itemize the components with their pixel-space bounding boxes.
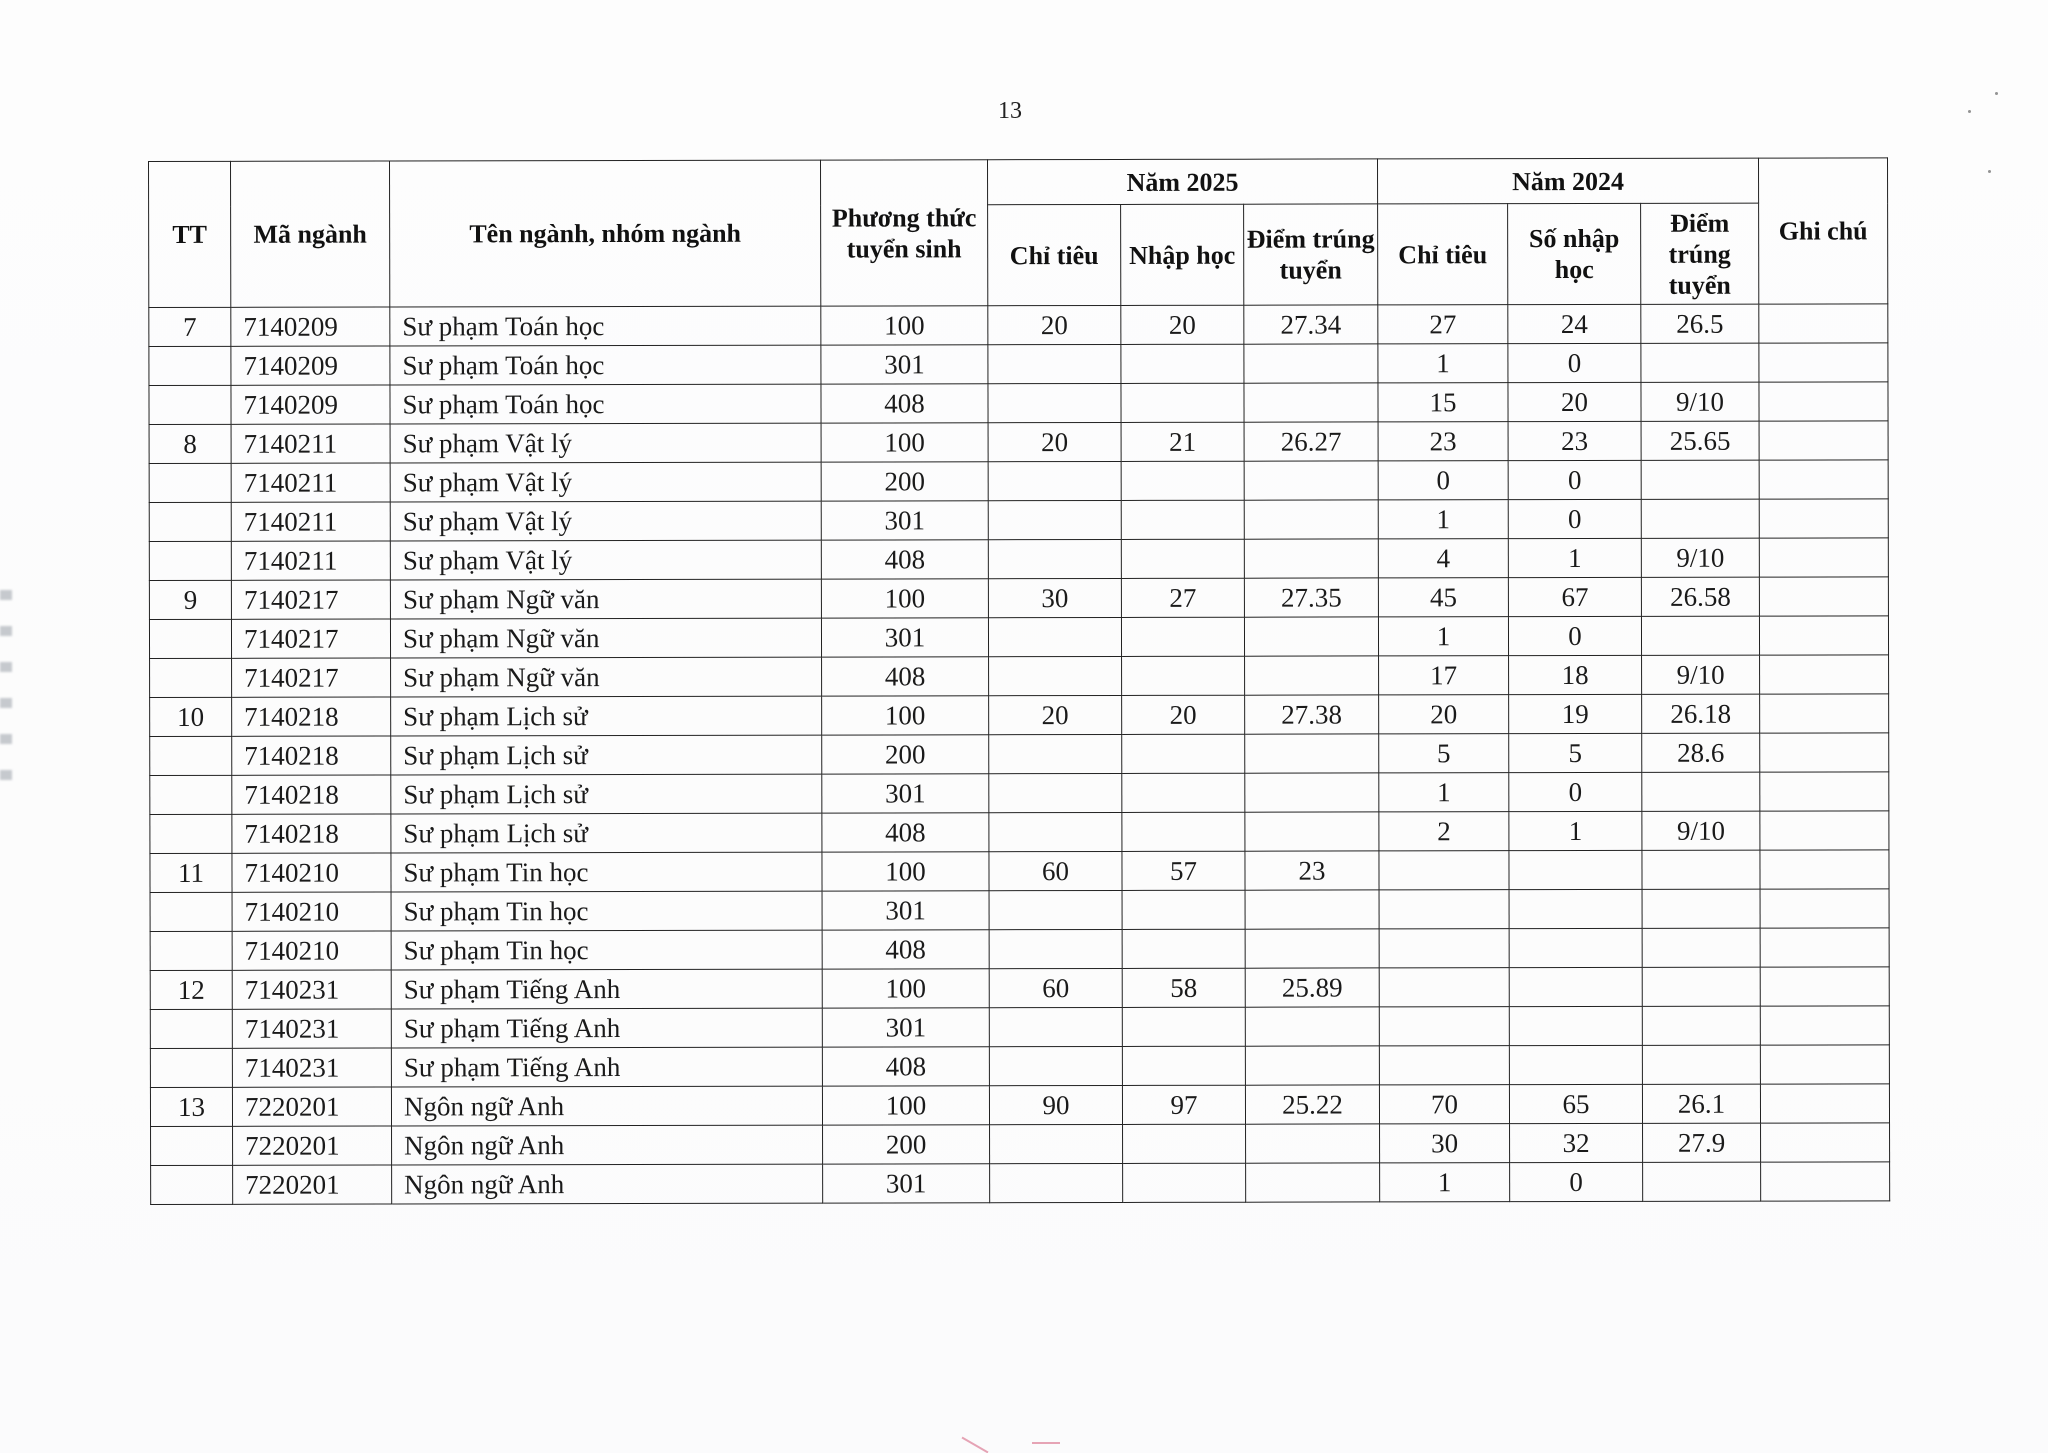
cell-major-name: Sư phạm Lịch sử [391,696,822,736]
cell-2024-quota: 1 [1378,617,1508,656]
cell-2024-score [1642,889,1760,928]
table-row: 7140218Sư phạm Lịch sử2005528.6 [150,733,1889,776]
cell-2025-quota [988,500,1121,539]
scan-speck [1995,92,1998,95]
cell-2025-enrolled [1122,812,1245,851]
cell-2024-enrolled [1509,928,1642,967]
cell-2025-score [1245,890,1379,929]
cell-2025-score [1246,1163,1380,1202]
cell-2024-enrolled: 0 [1509,772,1642,811]
cell-major-name: Sư phạm Ngữ văn [391,657,822,697]
cell-notes [1760,967,1889,1006]
table-row: 97140217Sư phạm Ngữ văn100302727.3545672… [149,577,1888,620]
cell-2024-enrolled [1509,889,1642,928]
cell-2024-quota: 1 [1378,344,1508,383]
cell-admission-method: 408 [821,384,988,423]
admissions-table: TT Mã ngành Tên ngành, nhóm ngành Phương… [148,157,1890,1205]
cell-tt [150,658,232,697]
cell-admission-method: 301 [822,891,989,930]
cell-2025-quota [988,344,1121,383]
table-row: 7140231Sư phạm Tiếng Anh301 [150,1006,1889,1049]
cell-2024-quota: 0 [1378,461,1508,500]
cell-2024-score: 25.65 [1641,421,1759,460]
cell-2025-quota: 20 [989,695,1122,734]
cell-major-code: 7140218 [232,697,391,736]
cell-2025-score [1244,383,1378,422]
cell-admission-method: 200 [822,735,989,774]
cell-major-name: Sư phạm Tin học [391,852,822,892]
cell-tt [150,1009,232,1048]
header-notes: Ghi chú [1759,158,1888,304]
cell-2024-score: 28.6 [1642,733,1760,772]
cell-major-code: 7140210 [232,931,391,970]
cell-major-code: 7140218 [232,775,391,814]
cell-admission-method: 301 [822,774,989,813]
cell-2025-quota: 30 [988,578,1121,617]
cell-admission-method: 100 [821,579,988,618]
cell-2025-score [1245,1046,1379,1085]
cell-2024-quota [1379,1046,1509,1085]
cell-major-code: 7140231 [232,1048,391,1087]
table-row: 7140217Sư phạm Ngữ văn30110 [149,616,1888,659]
cell-2025-quota: 60 [989,851,1122,890]
cell-2025-quota [988,617,1121,656]
cell-notes [1760,889,1889,928]
cell-2025-quota: 60 [989,968,1122,1007]
cell-2025-score [1245,773,1379,812]
table-row: 7140211Sư phạm Vật lý30110 [149,499,1888,542]
cell-major-code: 7140217 [231,619,390,658]
cell-2024-score [1641,499,1759,538]
cell-2024-score [1641,616,1759,655]
cell-tt [149,619,231,658]
cell-2024-enrolled [1509,1045,1642,1084]
cell-notes [1759,382,1888,421]
cell-major-name: Ngôn ngữ Anh [391,1086,822,1126]
header-admission-method: Phương thức tuyển sinh [820,160,987,306]
cell-2024-enrolled [1509,850,1642,889]
cell-2025-quota [988,383,1121,422]
cell-2024-enrolled: 1 [1508,538,1641,577]
cell-2024-enrolled: 20 [1508,382,1641,421]
cell-2025-score [1244,539,1378,578]
cell-major-code: 7140231 [232,1009,391,1048]
cell-major-code: 7140217 [232,658,391,697]
cell-tt [151,1165,233,1204]
cell-2025-enrolled: 21 [1121,422,1244,461]
cell-2025-enrolled: 57 [1122,851,1245,890]
cell-2025-enrolled: 58 [1122,968,1245,1007]
cell-2024-quota: 20 [1379,695,1509,734]
cell-2024-quota: 30 [1380,1124,1510,1163]
cell-tt [149,346,231,385]
cell-admission-method: 408 [822,930,989,969]
cell-major-name: Sư phạm Tiếng Anh [391,1008,822,1048]
cell-admission-method: 301 [822,1008,989,1047]
cell-2025-enrolled [1122,656,1245,695]
table-row: 7140209Sư phạm Toán học30110 [149,343,1888,386]
cell-2024-score [1642,928,1760,967]
cell-2025-enrolled [1121,383,1244,422]
cell-admission-method: 301 [821,345,988,384]
cell-2024-quota [1379,851,1509,890]
cell-2024-enrolled: 0 [1508,499,1641,538]
cell-notes [1760,733,1889,772]
cell-admission-method: 100 [822,1086,989,1125]
cell-2025-enrolled [1123,1163,1246,1202]
cell-2025-enrolled [1122,773,1245,812]
stamp-fragment [960,1440,1160,1453]
cell-2025-enrolled [1122,1046,1245,1085]
header-2025-enrolled: Nhập học [1121,204,1244,305]
table-row: 77140209Sư phạm Toán học100202027.342724… [149,304,1888,347]
table-row: 107140218Sư phạm Lịch sử100202027.382019… [150,694,1889,737]
cell-2024-score [1641,460,1759,499]
cell-notes [1760,655,1889,694]
cell-2024-score: 9/10 [1642,811,1760,850]
cell-tt: 8 [149,424,231,463]
cell-2024-quota: 1 [1380,1163,1510,1202]
cell-2025-quota [989,734,1122,773]
cell-admission-method: 100 [822,969,989,1008]
header-tt: TT [149,161,231,307]
cell-major-code: 7140231 [232,970,391,1009]
header-year-2024: Năm 2024 [1378,158,1759,204]
cell-major-code: 7220201 [233,1126,392,1165]
cell-major-code: 7140209 [231,307,390,346]
table-row: 137220201Ngôn ngữ Anh100909725.22706526.… [150,1084,1889,1127]
header-year-2025: Năm 2025 [987,159,1377,205]
cell-2025-score: 25.22 [1245,1085,1379,1124]
cell-2024-enrolled: 0 [1508,460,1641,499]
cell-2025-enrolled [1123,1124,1246,1163]
cell-tt [150,931,232,970]
table-row: 7140211Sư phạm Vật lý408419/10 [149,538,1888,581]
table-row: 7140217Sư phạm Ngữ văn40817189/10 [150,655,1889,698]
cell-notes [1761,1162,1890,1201]
cell-2024-quota: 70 [1379,1085,1509,1124]
cell-2024-enrolled: 0 [1508,616,1641,655]
cell-2025-score: 23 [1245,851,1379,890]
cell-2025-enrolled [1122,734,1245,773]
cell-2024-score: 9/10 [1641,382,1759,421]
cell-major-name: Sư phạm Ngữ văn [390,618,821,658]
cell-major-name: Sư phạm Tiếng Anh [391,1047,822,1087]
cell-notes [1760,1006,1889,1045]
cell-notes [1759,499,1888,538]
cell-2024-quota [1379,968,1509,1007]
cell-tt [151,1126,233,1165]
cell-2025-enrolled [1122,929,1245,968]
cell-major-name: Sư phạm Vật lý [390,462,821,502]
cell-2024-score [1641,343,1759,382]
cell-2024-score: 26.58 [1641,577,1759,616]
cell-admission-method: 408 [822,657,989,696]
cell-2025-enrolled: 27 [1121,578,1244,617]
cell-major-name: Sư phạm Lịch sử [391,813,822,853]
cell-2025-score [1245,734,1379,773]
header-major-code: Mã ngành [231,161,390,307]
cell-2024-score: 26.5 [1641,304,1759,343]
cell-2025-score [1244,344,1378,383]
cell-2024-quota [1379,890,1509,929]
table-row: 87140211Sư phạm Vật lý100202126.27232325… [149,421,1888,464]
header-major-name: Tên ngành, nhóm ngành [390,160,821,307]
cell-admission-method: 301 [821,501,988,540]
cell-tt: 10 [150,697,232,736]
cell-major-name: Sư phạm Tiếng Anh [391,969,822,1009]
cell-tt [150,1048,232,1087]
cell-notes [1759,616,1888,655]
cell-major-name: Sư phạm Lịch sử [391,774,822,814]
cell-2025-enrolled [1122,1007,1245,1046]
cell-major-name: Sư phạm Vật lý [390,540,821,580]
cell-admission-method: 200 [823,1125,990,1164]
cell-2025-score [1244,500,1378,539]
cell-major-name: Sư phạm Tin học [391,930,822,970]
cell-admission-method: 408 [822,813,989,852]
cell-2025-quota: 20 [988,305,1121,344]
cell-2024-quota: 2 [1379,812,1509,851]
cell-2025-score [1245,812,1379,851]
cell-2024-quota: 15 [1378,383,1508,422]
cell-notes [1760,928,1889,967]
cell-2024-enrolled [1509,1006,1642,1045]
cell-2025-quota [988,461,1121,500]
table-row: 7140218Sư phạm Lịch sử408219/10 [150,811,1889,854]
cell-tt: 13 [150,1087,232,1126]
cell-major-code: 7140218 [232,814,391,853]
cell-2024-enrolled: 0 [1508,343,1641,382]
table-row: 127140231Sư phạm Tiếng Anh100605825.89 [150,967,1889,1010]
cell-admission-method: 301 [823,1164,990,1203]
cell-2024-score: 27.9 [1643,1123,1761,1162]
cell-2025-enrolled [1121,617,1244,656]
table-row: 7140231Sư phạm Tiếng Anh408 [150,1045,1889,1088]
cell-tt [149,541,231,580]
cell-notes [1759,577,1888,616]
cell-2024-enrolled: 32 [1510,1123,1643,1162]
table-row: 7140218Sư phạm Lịch sử30110 [150,772,1889,815]
header-2024-enrolled: Số nhập học [1508,203,1641,304]
cell-notes [1760,694,1889,733]
cell-2025-score: 25.89 [1245,968,1379,1007]
cell-notes [1759,538,1888,577]
cell-major-code: 7140211 [231,502,390,541]
cell-tt [149,385,231,424]
cell-2025-score [1244,617,1378,656]
cell-2024-score: 9/10 [1642,655,1760,694]
cell-2025-quota [990,1124,1123,1163]
cell-major-code: 7140210 [232,892,391,931]
cell-2025-enrolled: 20 [1121,305,1244,344]
cell-2024-score [1643,1162,1761,1201]
cell-2025-enrolled [1122,890,1245,929]
cell-2024-quota [1379,1007,1509,1046]
cell-admission-method: 100 [822,696,989,735]
cell-major-code: 7140211 [231,463,390,502]
cell-notes [1759,304,1888,343]
cell-2025-quota: 20 [988,422,1121,461]
cell-2025-score [1245,929,1379,968]
cell-notes [1760,1084,1889,1123]
cell-major-code: 7140209 [231,346,390,385]
cell-major-name: Sư phạm Ngữ văn [390,579,821,619]
cell-2025-score: 26.27 [1244,422,1378,461]
cell-2025-quota [989,656,1122,695]
cell-notes [1760,850,1889,889]
cell-2024-score [1642,967,1760,1006]
cell-major-name: Sư phạm Vật lý [390,501,821,541]
scan-speck [1988,170,1991,173]
cell-2024-enrolled: 67 [1508,577,1641,616]
cell-major-code: 7220201 [233,1165,392,1204]
table-row: 7220201Ngôn ngữ Anh200303227.9 [151,1123,1890,1166]
cell-tt: 11 [150,853,232,892]
cell-notes [1759,421,1888,460]
cell-major-name: Sư phạm Tin học [391,891,822,931]
cell-admission-method: 100 [821,306,988,345]
cell-2024-score [1642,1006,1760,1045]
cell-tt: 12 [150,970,232,1009]
cell-admission-method: 200 [821,462,988,501]
cell-2024-enrolled: 0 [1510,1162,1643,1201]
cell-major-code: 7140210 [232,853,391,892]
cell-2024-quota [1379,929,1509,968]
cell-2024-enrolled: 24 [1508,304,1641,343]
cell-2024-quota: 45 [1378,578,1508,617]
cell-2025-quota [988,539,1121,578]
table-row: 7140210Sư phạm Tin học408 [150,928,1889,971]
cell-2024-quota: 1 [1378,500,1508,539]
cell-2024-score [1642,772,1760,811]
header-2025-quota: Chỉ tiêu [988,204,1121,305]
cell-2024-score [1642,850,1760,889]
cell-2024-enrolled: 23 [1508,421,1641,460]
cell-2025-enrolled [1121,461,1244,500]
header-row-years: TT Mã ngành Tên ngành, nhóm ngành Phương… [149,158,1888,207]
scan-speck [1968,110,1971,113]
cell-major-name: Sư phạm Vật lý [390,423,821,463]
cell-notes [1761,1123,1890,1162]
cell-2024-enrolled: 65 [1509,1084,1642,1123]
cell-major-name: Sư phạm Toán học [390,306,821,346]
cell-2025-quota: 90 [989,1085,1122,1124]
cell-tt: 7 [149,307,231,346]
cell-2024-score: 26.18 [1642,694,1760,733]
cell-2024-quota: 1 [1379,773,1509,812]
cell-major-code: 7140211 [231,541,390,580]
cell-2025-quota [989,1046,1122,1085]
cell-admission-method: 100 [822,852,989,891]
cell-major-name: Sư phạm Toán học [390,384,821,424]
cell-tt [150,892,232,931]
cell-2024-enrolled: 1 [1509,811,1642,850]
cell-2025-score [1246,1124,1380,1163]
table-row: 7140210Sư phạm Tin học301 [150,889,1889,932]
cell-2025-quota [989,773,1122,812]
cell-2024-enrolled: 5 [1509,733,1642,772]
cell-tt [150,814,232,853]
scan-edge-marks [0,590,14,840]
header-2025-score: Điểm trúng tuyển [1244,204,1378,305]
table-body: 77140209Sư phạm Toán học100202027.342724… [149,304,1890,1205]
cell-2025-enrolled [1121,539,1244,578]
cell-2024-enrolled [1509,967,1642,1006]
cell-major-name: Ngôn ngữ Anh [392,1125,823,1165]
cell-2025-quota [989,890,1122,929]
cell-notes [1760,772,1889,811]
cell-2025-quota [989,1007,1122,1046]
cell-notes [1759,460,1888,499]
cell-2025-quota [990,1163,1123,1202]
cell-2025-enrolled [1121,344,1244,383]
cell-2025-quota [989,812,1122,851]
cell-2024-quota: 27 [1378,305,1508,344]
table-row: 7220201Ngôn ngữ Anh30110 [151,1162,1890,1205]
cell-major-code: 7140217 [231,580,390,619]
table-row: 117140210Sư phạm Tin học100605723 [150,850,1889,893]
cell-notes [1760,1045,1889,1084]
cell-2025-score: 27.35 [1244,578,1378,617]
cell-2025-enrolled: 20 [1122,695,1245,734]
cell-2024-score [1642,1045,1760,1084]
cell-2024-quota: 5 [1379,734,1509,773]
page-number: 13 [0,98,2020,125]
cell-2024-quota: 17 [1379,656,1509,695]
cell-admission-method: 408 [821,540,988,579]
cell-major-name: Ngôn ngữ Anh [392,1164,823,1204]
cell-2025-score [1244,461,1378,500]
cell-major-name: Sư phạm Lịch sử [391,735,822,775]
cell-2025-score [1245,1007,1379,1046]
cell-2025-score: 27.38 [1245,695,1379,734]
cell-major-name: Sư phạm Toán học [390,345,821,385]
cell-2025-enrolled [1121,500,1244,539]
cell-major-code: 7140209 [231,385,390,424]
cell-2024-quota: 4 [1378,539,1508,578]
cell-tt [150,775,232,814]
cell-tt [150,736,232,775]
cell-admission-method: 100 [821,423,988,462]
cell-tt [149,463,231,502]
header-2024-quota: Chỉ tiêu [1378,204,1508,305]
cell-major-code: 7140211 [231,424,390,463]
cell-tt: 9 [149,580,231,619]
cell-2024-enrolled: 19 [1509,694,1642,733]
cell-2024-score: 26.1 [1642,1084,1760,1123]
cell-tt [149,502,231,541]
cell-notes [1760,811,1889,850]
cell-2024-score: 9/10 [1641,538,1759,577]
cell-admission-method: 301 [821,618,988,657]
cell-2025-quota [989,929,1122,968]
cell-2025-score: 27.34 [1244,305,1378,344]
cell-2025-score [1245,656,1379,695]
cell-2024-quota: 23 [1378,422,1508,461]
cell-admission-method: 408 [822,1047,989,1086]
header-2024-score: Điểm trúng tuyển [1641,203,1759,304]
cell-major-code: 7220201 [232,1087,391,1126]
cell-notes [1759,343,1888,382]
table-row: 7140209Sư phạm Toán học40815209/10 [149,382,1888,425]
table-row: 7140211Sư phạm Vật lý20000 [149,460,1888,503]
cell-major-code: 7140218 [232,736,391,775]
cell-2025-enrolled: 97 [1122,1085,1245,1124]
cell-2024-enrolled: 18 [1509,655,1642,694]
